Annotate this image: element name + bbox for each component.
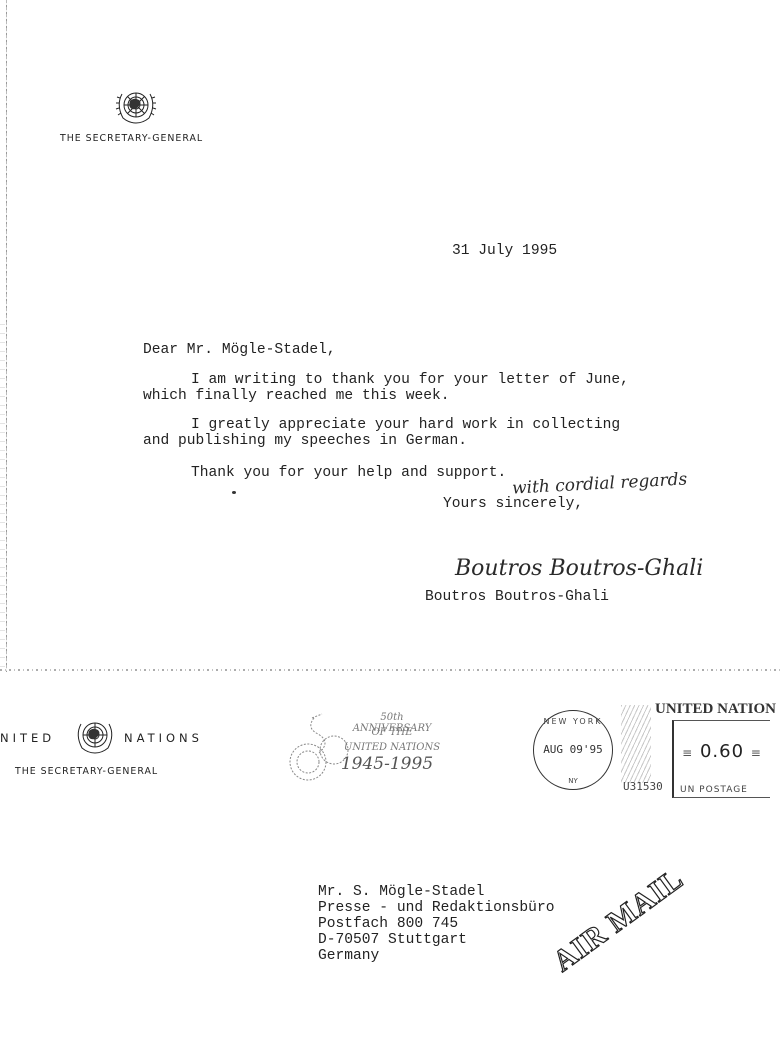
paragraph-1-line-1: I am writing to thank you for your lette… [191, 372, 629, 388]
anniversary-line-3: UNITED NATIONS [340, 742, 444, 753]
anniversary-cancellation: 50th ANNIVERSARY OF THE UNITED NATIONS 1… [284, 710, 444, 790]
letterhead-title: THE SECRETARY-GENERAL [60, 133, 203, 144]
paragraph-2-line-1: I greatly appreciate your hard work in c… [191, 417, 620, 433]
handwritten-note: with cordial regards [512, 469, 688, 498]
postage-value: ≡ 0.60 ≡ [674, 741, 770, 762]
postage-label: UN POSTAGE [680, 785, 748, 795]
sender-title: THE SECRETARY-GENERAL [15, 766, 158, 777]
recipient-line-3: Postfach 800 745 [318, 916, 458, 932]
postmark-state: NY [534, 777, 612, 785]
closing: Yours sincerely, [443, 496, 583, 512]
page-cut-line [0, 669, 783, 671]
letter-date: 31 July 1995 [452, 243, 557, 259]
meter-serial: U31530 [623, 780, 663, 793]
paragraph-2-line-2: and publishing my speeches in German. [143, 433, 467, 449]
un-emblem-icon [113, 86, 159, 126]
recipient-line-2: Presse - und Redaktionsbüro [318, 900, 554, 916]
anniversary-line-2: OF THE [340, 727, 444, 738]
ink-dot [232, 491, 236, 494]
postmark-date: AUG 09'95 [534, 743, 612, 756]
handwritten-signature: Boutros Boutros-Ghali [455, 556, 703, 581]
postmark-city: NEW YORK [534, 717, 612, 726]
sender-org-right: NATIONS [124, 731, 203, 745]
recipient-line-5: Germany [318, 948, 379, 964]
recipient-line-4: D-70507 Stuttgart [318, 932, 467, 948]
paragraph-3: Thank you for your help and support. [191, 465, 506, 481]
postage-meter: ≡ 0.60 ≡ UN POSTAGE [672, 720, 770, 798]
airmail-stamp: AIR MAIL [547, 862, 690, 979]
postmark: NEW YORK AUG 09'95 NY [533, 710, 613, 790]
meter-title: UNITED NATION [655, 701, 776, 718]
salutation: Dear Mr. Mögle-Stadel, [143, 342, 336, 358]
signer-name: Boutros Boutros-Ghali [425, 589, 609, 605]
sender-org-left: NITED [0, 731, 55, 745]
un-building-icon [621, 705, 651, 783]
un-emblem-icon [72, 716, 118, 756]
recipient-line-1: Mr. S. Mögle-Stadel [318, 884, 484, 900]
anniversary-years: 1945-1995 [330, 754, 444, 774]
scan-edge-noise [0, 320, 5, 670]
paragraph-1-line-2: which finally reached me this week. [143, 388, 450, 404]
scan-edge-line [6, 0, 7, 672]
